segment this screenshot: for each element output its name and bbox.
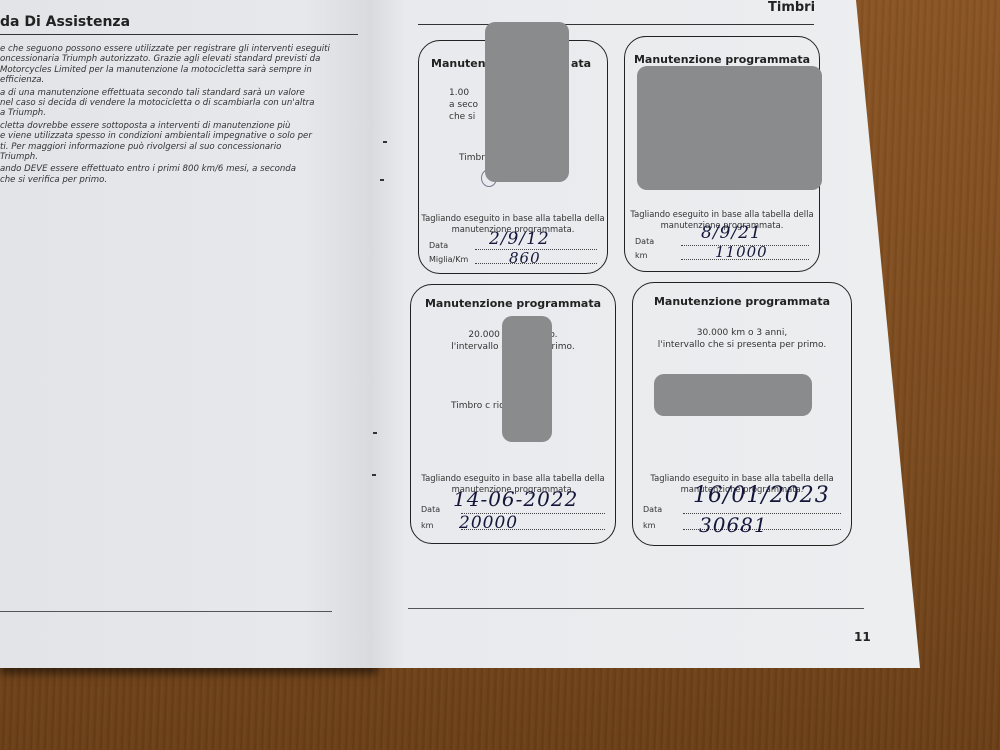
km-label: km bbox=[421, 521, 461, 530]
handwritten-km: 11000 bbox=[715, 243, 768, 261]
card-stamp-label: Timbro c rio bbox=[451, 401, 505, 411]
binding-stitch bbox=[380, 179, 384, 181]
date-label: Data bbox=[429, 241, 475, 250]
header-divider bbox=[418, 24, 814, 25]
intro-paragraph: cletta dovrebbe essere sottoposta a inte… bbox=[0, 121, 352, 163]
card-title-left: Manutenz bbox=[431, 57, 492, 70]
card-stamp-label: Timbr bbox=[459, 153, 485, 163]
title-divider bbox=[0, 34, 358, 35]
section-title: da Di Assistenza bbox=[0, 14, 130, 30]
redaction-block bbox=[485, 22, 569, 182]
footer-divider bbox=[0, 611, 332, 612]
page-number: 11 bbox=[854, 630, 871, 644]
handwritten-date: 16/01/2023 bbox=[693, 483, 830, 508]
intro-paragraph: ando DEVE essere effettuato entro i prim… bbox=[0, 164, 352, 185]
page-header: Timbri bbox=[768, 0, 815, 15]
card-interval: 30.000 km o 3 anni, l'intervallo che si … bbox=[633, 327, 851, 351]
card-title: Manutenzione programmata bbox=[625, 53, 819, 66]
card-interval: 1.00 a seco che si bbox=[449, 87, 478, 123]
card-title: Manutenzione programmata bbox=[633, 295, 851, 308]
redaction-block bbox=[637, 66, 822, 190]
km-label: km bbox=[643, 521, 683, 530]
handwritten-km: 860 bbox=[509, 249, 541, 267]
km-label: Miglia/Km bbox=[429, 255, 475, 264]
handwritten-km: 30681 bbox=[699, 513, 768, 537]
footer-divider bbox=[408, 608, 864, 609]
binding-stitch bbox=[373, 432, 377, 434]
card-title-right: ata bbox=[571, 57, 591, 70]
date-label: Data bbox=[643, 505, 683, 514]
handwritten-km: 20000 bbox=[459, 513, 518, 533]
intro-text: e che seguono possono essere utilizzate … bbox=[0, 44, 352, 187]
redaction-block bbox=[654, 374, 812, 416]
intro-paragraph: e che seguono possono essere utilizzate … bbox=[0, 44, 352, 86]
km-label: km bbox=[635, 251, 681, 260]
date-label: Data bbox=[635, 237, 681, 246]
redaction-block bbox=[502, 316, 552, 442]
binding-stitch bbox=[372, 474, 376, 476]
intro-paragraph: a di una manutenzione effettuata secondo… bbox=[0, 88, 352, 119]
handwritten-date: 2/9/12 bbox=[489, 229, 550, 249]
left-page: da Di Assistenza e che seguono possono e… bbox=[0, 0, 378, 668]
binding-stitch bbox=[383, 141, 387, 143]
handwritten-date: 8/9/21 bbox=[701, 223, 762, 243]
handwritten-date: 14-06-2022 bbox=[453, 487, 578, 511]
card-title: Manutenzione programmata bbox=[411, 297, 615, 310]
